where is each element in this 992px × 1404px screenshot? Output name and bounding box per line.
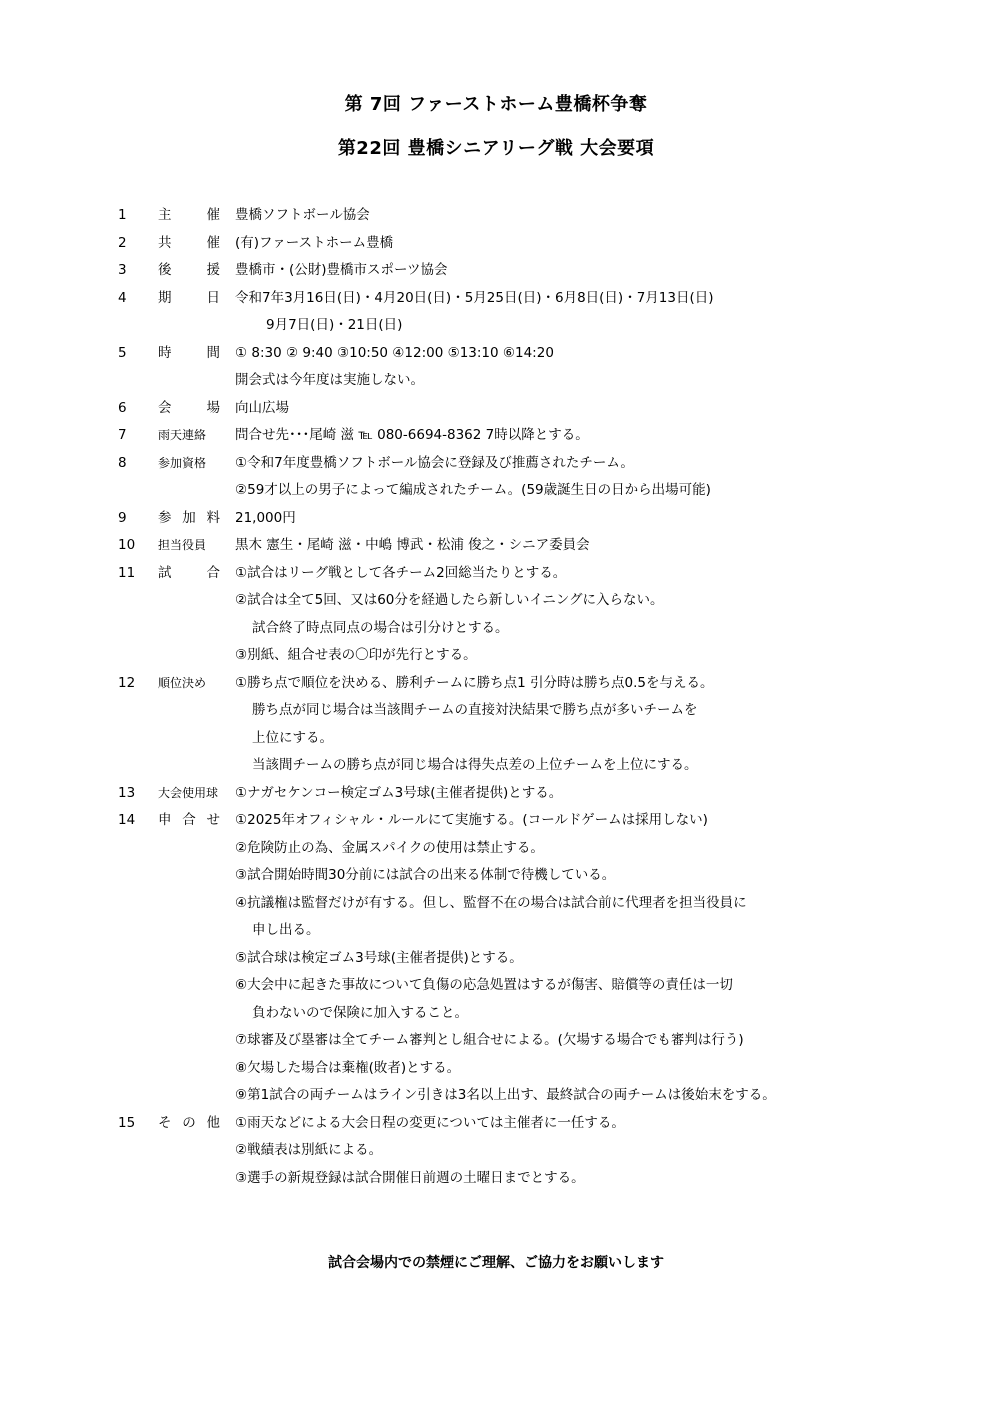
section-11-line: 11試合①試合はリーグ戦として各チーム2回総当たりとする。 — [0, 560, 992, 588]
section-label-char: 順位決め — [158, 670, 206, 698]
section-label: 担当役員 — [158, 532, 220, 560]
section-4-line: 4期日令和7年3月16日(日)・4月20日(日)・5月25日(日)・6月8日(日… — [0, 285, 992, 313]
section-14-line: 申し出る。 — [0, 917, 992, 945]
section-content: 試合終了時点同点の場合は引分けとする。 — [252, 615, 509, 643]
section-14-line: 14申合せ①2025年オフィシャル・ルールにて実施する。(コールドゲームは採用し… — [0, 807, 992, 835]
section-11-line: ③別紙、組合せ表の〇印が先行とする。 — [0, 642, 992, 670]
section-12-line: 12順位決め①勝ち点で順位を決める、勝利チームに勝ち点1 引分時は勝ち点0.5を… — [0, 670, 992, 698]
section-number: 10 — [118, 532, 142, 560]
section-11-line: ②試合は全て5回、又は60分を経過したら新しいイニングに入らない。 — [0, 587, 992, 615]
section-3-line: 3後援豊橋市・(公財)豊橋市スポーツ協会 — [0, 257, 992, 285]
section-label-char: 参加資格 — [158, 450, 206, 478]
section-number: 11 — [118, 560, 142, 588]
section-1-line: 1主催豊橋ソフトボール協会 — [0, 202, 992, 230]
section-label-char: 加 — [182, 505, 196, 533]
section-number: 7 — [118, 422, 142, 450]
section-14-line: ⑨第1試合の両チームはライン引きは3名以上出す、最終試合の両チームは後始末をする… — [0, 1082, 992, 1110]
section-number: 5 — [118, 340, 142, 368]
section-content: ⑧欠場した場合は棄権(敗者)とする。 — [235, 1055, 460, 1083]
section-4-line: 9月7日(日)・21日(日) — [0, 312, 992, 340]
section-content: ②試合は全て5回、又は60分を経過したら新しいイニングに入らない。 — [235, 587, 664, 615]
section-content: 勝ち点が同じ場合は当該間チームの直接対決結果で勝ち点が多いチームを — [252, 697, 698, 725]
section-content: ⑦球審及び塁審は全てチーム審判とし組合せによる。(欠場する場合でも審判は行う) — [235, 1027, 744, 1055]
section-content: ⑨第1試合の両チームはライン引きは3名以上出す、最終試合の両チームは後始末をする… — [235, 1082, 776, 1110]
section-content: ①勝ち点で順位を決める、勝利チームに勝ち点1 引分時は勝ち点0.5を与える。 — [235, 670, 713, 698]
section-number: 15 — [118, 1110, 142, 1138]
section-2-line: 2共催(有)ファーストホーム豊橋 — [0, 230, 992, 258]
section-7-line: 7雨天連絡問合せ先･･･尾崎 滋 ℡ 080-6694-8362 7時以降とする… — [0, 422, 992, 450]
section-number: 13 — [118, 780, 142, 808]
section-label: 会場 — [158, 395, 220, 423]
section-label: 順位決め — [158, 670, 220, 698]
section-label: 参加料 — [158, 505, 220, 533]
section-content: ①令和7年度豊橋ソフトボール協会に登録及び推薦されたチーム。 — [235, 450, 634, 478]
section-14-line: ②危険防止の為、金属スパイクの使用は禁止する。 — [0, 835, 992, 863]
section-label-char: 共 — [158, 230, 172, 258]
section-number: 12 — [118, 670, 142, 698]
section-label-char: 時 — [158, 340, 172, 368]
section-label: 主催 — [158, 202, 220, 230]
section-label: 試合 — [158, 560, 220, 588]
section-10-line: 10担当役員黒木 憲生・尾崎 滋・中嶋 博武・松浦 俊之・シニア委員会 — [0, 532, 992, 560]
section-12-line: 上位にする。 — [0, 725, 992, 753]
section-content: ③試合開始時間30分前には試合の出来る体制で待機している。 — [235, 862, 615, 890]
section-content: 向山広場 — [235, 395, 289, 423]
section-12-line: 当該間チームの勝ち点が同じ場合は得失点差の上位チームを上位にする。 — [0, 752, 992, 780]
section-8-line: ②59才以上の男子によって編成されたチーム。(59歳誕生日の日から出場可能) — [0, 477, 992, 505]
no-smoking-notice: 試合会場内での禁煙にご理解、ご協力をお願いします — [0, 1252, 992, 1272]
section-label-char: 料 — [207, 505, 221, 533]
section-number: 4 — [118, 285, 142, 313]
section-content: ③別紙、組合せ表の〇印が先行とする。 — [235, 642, 477, 670]
section-content: 黒木 憲生・尾崎 滋・中嶋 博武・松浦 俊之・シニア委員会 — [235, 532, 590, 560]
section-14-line: ④抗議権は監督だけが有する。但し、監督不在の場合は試合前に代理者を担当役員に — [0, 890, 992, 918]
section-content: 豊橋ソフトボール協会 — [235, 202, 370, 230]
section-label: 共催 — [158, 230, 220, 258]
section-label-char: 援 — [207, 257, 221, 285]
section-content: 申し出る。 — [252, 917, 320, 945]
section-5-line: 5時間① 8:30 ② 9:40 ③10:50 ④12:00 ⑤13:10 ⑥1… — [0, 340, 992, 368]
section-content: ②危険防止の為、金属スパイクの使用は禁止する。 — [235, 835, 544, 863]
section-content: ①ナガセケンコー検定ゴム3号球(主催者提供)とする。 — [235, 780, 562, 808]
section-content: ①試合はリーグ戦として各チーム2回総当たりとする。 — [235, 560, 566, 588]
section-label: 大会使用球 — [158, 780, 220, 808]
section-content: 当該間チームの勝ち点が同じ場合は得失点差の上位チームを上位にする。 — [252, 752, 698, 780]
section-content: 問合せ先･･･尾崎 滋 ℡ 080-6694-8362 7時以降とする。 — [235, 422, 589, 450]
section-label-char: 合 — [207, 560, 221, 588]
section-content: 21,000円 — [235, 505, 296, 533]
section-label-char: 日 — [207, 285, 221, 313]
section-number: 14 — [118, 807, 142, 835]
section-label-char: 主 — [158, 202, 172, 230]
section-label-char: 催 — [207, 230, 221, 258]
tournament-outline-list: 1主催豊橋ソフトボール協会2共催(有)ファーストホーム豊橋3後援豊橋市・(公財)… — [0, 202, 992, 1192]
document-title-line2: 第22回 豊橋シニアリーグ戦 大会要項 — [0, 134, 992, 160]
section-5-line: 開会式は今年度は実施しない。 — [0, 367, 992, 395]
section-number: 6 — [118, 395, 142, 423]
section-label-char: 大会使用球 — [158, 780, 218, 808]
section-content: 豊橋市・(公財)豊橋市スポーツ協会 — [235, 257, 448, 285]
section-9-line: 9参加料21,000円 — [0, 505, 992, 533]
section-label-char: 催 — [207, 202, 221, 230]
section-label: その他 — [158, 1110, 220, 1138]
section-number: 9 — [118, 505, 142, 533]
section-label-char: 後 — [158, 257, 172, 285]
section-label-char: 合 — [182, 807, 196, 835]
document-title-line1: 第 7回 ファーストホーム豊橋杯争奪 — [0, 90, 992, 116]
section-content: ① 8:30 ② 9:40 ③10:50 ④12:00 ⑤13:10 ⑥14:2… — [235, 340, 554, 368]
section-14-line: 負わないので保険に加入すること。 — [0, 1000, 992, 1028]
section-11-line: 試合終了時点同点の場合は引分けとする。 — [0, 615, 992, 643]
section-content: ③選手の新規登録は試合開催日前週の土曜日までとする。 — [235, 1165, 585, 1193]
section-14-line: ⑧欠場した場合は棄権(敗者)とする。 — [0, 1055, 992, 1083]
section-label: 時間 — [158, 340, 220, 368]
section-label-char: そ — [158, 1110, 172, 1138]
section-content: ④抗議権は監督だけが有する。但し、監督不在の場合は試合前に代理者を担当役員に — [235, 890, 747, 918]
section-content: 上位にする。 — [252, 725, 333, 753]
section-label-char: せ — [207, 807, 221, 835]
section-label-char: 期 — [158, 285, 172, 313]
section-label-char: 雨天連絡 — [158, 422, 206, 450]
section-number: 2 — [118, 230, 142, 258]
section-content: ②戦績表は別紙による。 — [235, 1137, 382, 1165]
section-content: ①2025年オフィシャル・ルールにて実施する。(コールドゲームは採用しない) — [235, 807, 708, 835]
section-label: 後援 — [158, 257, 220, 285]
section-label-char: 他 — [207, 1110, 221, 1138]
section-14-line: ③試合開始時間30分前には試合の出来る体制で待機している。 — [0, 862, 992, 890]
section-label-char: 場 — [207, 395, 221, 423]
section-content: (有)ファーストホーム豊橋 — [235, 230, 393, 258]
section-label: 申合せ — [158, 807, 220, 835]
section-number: 3 — [118, 257, 142, 285]
section-15-line: 15その他①雨天などによる大会日程の変更については主催者に一任する。 — [0, 1110, 992, 1138]
section-label-char: 申 — [158, 807, 172, 835]
section-label: 期日 — [158, 285, 220, 313]
section-label-char: の — [182, 1110, 196, 1138]
section-label-char: 間 — [207, 340, 221, 368]
section-content: ⑥大会中に起きた事故について負傷の応急処置はするが傷害、賠償等の責任は一切 — [235, 972, 733, 1000]
section-8-line: 8参加資格①令和7年度豊橋ソフトボール協会に登録及び推薦されたチーム。 — [0, 450, 992, 478]
section-label-char: 会 — [158, 395, 172, 423]
section-label-char: 担当役員 — [158, 532, 206, 560]
section-15-line: ③選手の新規登録は試合開催日前週の土曜日までとする。 — [0, 1165, 992, 1193]
section-content: 9月7日(日)・21日(日) — [266, 312, 402, 340]
section-label: 雨天連絡 — [158, 422, 220, 450]
section-label-char: 試 — [158, 560, 172, 588]
section-content: 令和7年3月16日(日)・4月20日(日)・5月25日(日)・6月8日(日)・7… — [235, 285, 714, 313]
section-15-line: ②戦績表は別紙による。 — [0, 1137, 992, 1165]
section-content: ①雨天などによる大会日程の変更については主催者に一任する。 — [235, 1110, 625, 1138]
section-label-char: 参 — [158, 505, 172, 533]
section-number: 8 — [118, 450, 142, 478]
section-13-line: 13大会使用球①ナガセケンコー検定ゴム3号球(主催者提供)とする。 — [0, 780, 992, 808]
section-12-line: 勝ち点が同じ場合は当該間チームの直接対決結果で勝ち点が多いチームを — [0, 697, 992, 725]
section-14-line: ⑥大会中に起きた事故について負傷の応急処置はするが傷害、賠償等の責任は一切 — [0, 972, 992, 1000]
section-6-line: 6会場向山広場 — [0, 395, 992, 423]
section-14-line: ⑤試合球は検定ゴム3号球(主催者提供)とする。 — [0, 945, 992, 973]
section-content: 開会式は今年度は実施しない。 — [235, 367, 424, 395]
section-content: ⑤試合球は検定ゴム3号球(主催者提供)とする。 — [235, 945, 523, 973]
section-14-line: ⑦球審及び塁審は全てチーム審判とし組合せによる。(欠場する場合でも審判は行う) — [0, 1027, 992, 1055]
section-label: 参加資格 — [158, 450, 220, 478]
section-content: ②59才以上の男子によって編成されたチーム。(59歳誕生日の日から出場可能) — [235, 477, 711, 505]
section-content: 負わないので保険に加入すること。 — [252, 1000, 468, 1028]
section-number: 1 — [118, 202, 142, 230]
